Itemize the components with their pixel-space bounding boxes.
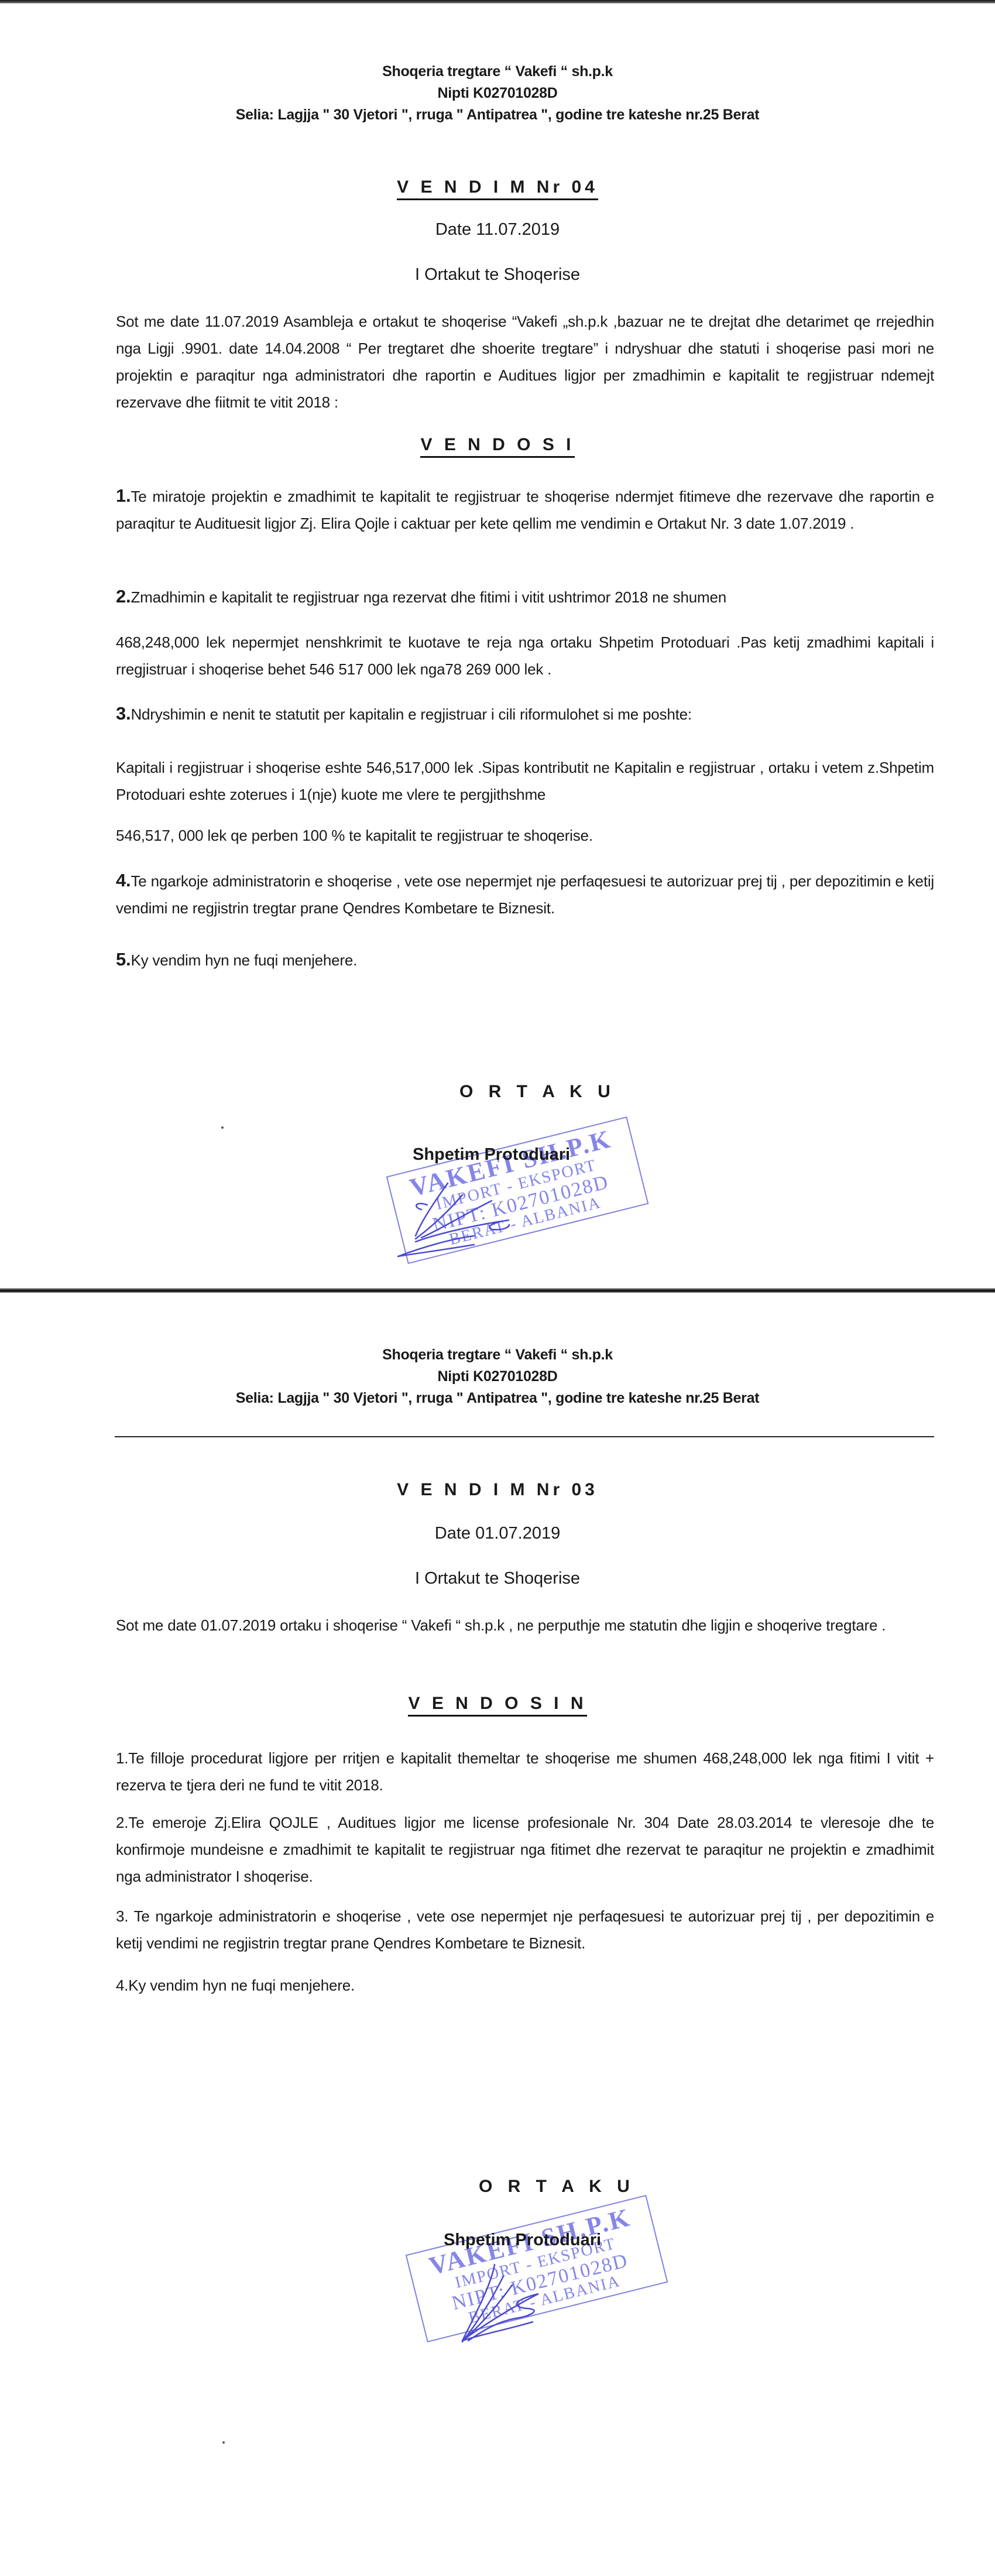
point-1: 1.Te miratoje projektin e zmadhimit te k…	[116, 482, 934, 537]
point-number: 5.	[116, 949, 131, 970]
signature-role: O R T A K U	[479, 2177, 635, 2197]
document-page-2: Shoqeria tregtare “ Vakefi “ sh.p.k Nipt…	[0, 1293, 995, 2576]
point-2: 2.Te emeroje Zj.Elira QOJLE , Auditues l…	[116, 1809, 934, 1890]
decision-heading: V E N D O S I	[0, 435, 995, 455]
letterhead: Shoqeria tregtare “ Vakefi “ sh.p.k Nipt…	[0, 61, 995, 126]
point-number: 1.	[116, 485, 131, 506]
point-3: 3. Te ngarkoje administratorin e shoqeri…	[116, 1903, 934, 1957]
signer-name: Shpetim Protoduari	[413, 1145, 570, 1164]
point-2: 2.Zmadhimin e kapitalit te regjistruar n…	[116, 583, 934, 611]
point-5: 5.Ky vendim hyn ne fuqi menjehere.	[116, 946, 934, 974]
company-address: Selia: Lagjja " 30 Vjetori ", rruga " An…	[0, 104, 995, 126]
scan-speck	[222, 2441, 225, 2444]
signature-role: O R T A K U	[459, 1082, 616, 1102]
handwritten-signature	[445, 2253, 574, 2352]
point-number: 4.	[116, 1976, 128, 1994]
decision-title: V E N D I M Nr 04	[0, 177, 995, 197]
point-3-detail: Kapitali i regjistruar i shoqerise eshte…	[116, 754, 934, 808]
point-number: 4.	[116, 870, 131, 890]
letterhead-divider	[115, 1436, 934, 1437]
point-3: 3.Ndryshimin e nenit te statutit per kap…	[116, 700, 934, 728]
decision-heading: V E N D O S I N	[0, 1694, 995, 1714]
handwritten-signature	[392, 1169, 579, 1262]
company-address: Selia: Lagjja " 30 Vjetori ", rruga " An…	[0, 1388, 995, 1409]
decision-subtitle: I Ortakut te Shoqerise	[0, 265, 995, 285]
point-number: 3.	[116, 1907, 128, 1925]
point-4: 4.Ky vendim hyn ne fuqi menjehere.	[116, 1972, 934, 1999]
company-nipt: Nipti K02701028D	[0, 83, 995, 104]
scan-speck	[221, 1126, 224, 1129]
point-4: 4.Te ngarkoje administratorin e shoqeris…	[116, 867, 934, 922]
intro-paragraph: Sot me date 01.07.2019 ortaku i shoqeris…	[116, 1612, 934, 1639]
point-number: 2.	[116, 1814, 128, 1831]
decision-date: Date 11.07.2019	[0, 220, 995, 239]
signer-name: Shpetim Protoduari	[444, 2231, 601, 2250]
decision-date: Date 01.07.2019	[0, 1524, 995, 1543]
point-number: 2.	[116, 586, 131, 607]
intro-paragraph: Sot me date 11.07.2019 Asambleja e ortak…	[116, 308, 934, 416]
point-1: 1.Te filloje procedurat ligjore per rrit…	[116, 1745, 934, 1799]
document-page-1: Shoqeria tregtare “ Vakefi “ sh.p.k Nipt…	[0, 4, 995, 1288]
company-nipt: Nipti K02701028D	[0, 1366, 995, 1388]
letterhead: Shoqeria tregtare “ Vakefi “ sh.p.k Nipt…	[0, 1344, 995, 1409]
decision-title: V E N D I M Nr 03	[0, 1480, 995, 1500]
point-3-value: 546,517, 000 lek qe perben 100 % te kapi…	[116, 822, 934, 849]
point-number: 1.	[116, 1749, 128, 1767]
decision-subtitle: I Ortakut te Shoqerise	[0, 1569, 995, 1588]
scan-edge-page-break	[0, 1288, 995, 1293]
point-number: 3.	[116, 703, 131, 724]
point-2-amount: 468,248,000 lek nepermjet nenshkrimit te…	[116, 629, 934, 683]
company-name: Shoqeria tregtare “ Vakefi “ sh.p.k	[0, 61, 995, 83]
company-name: Shoqeria tregtare “ Vakefi “ sh.p.k	[0, 1344, 995, 1366]
